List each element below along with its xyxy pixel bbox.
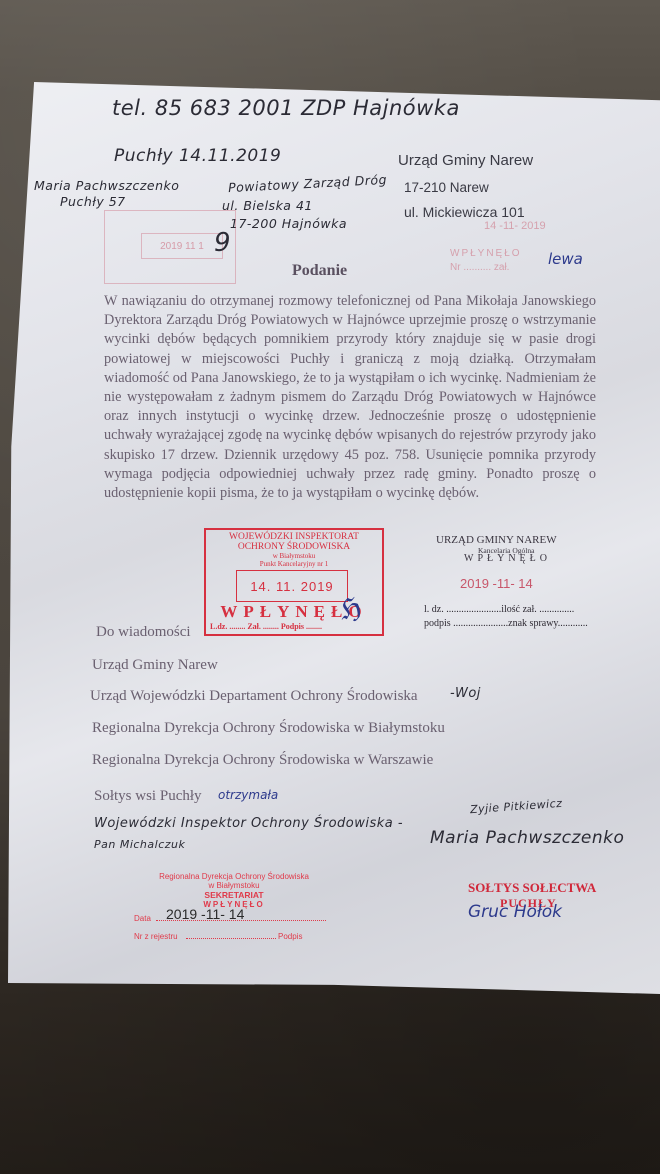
wios-stamp-line-1: WOJEWÓDZKI INSPEKTORAT bbox=[206, 532, 382, 542]
rdos-reg-line bbox=[186, 938, 276, 939]
rdos-reg-label: Nr z rejestru bbox=[134, 932, 178, 941]
ug-stamp-line-1: URZĄD GMINY NAREW bbox=[436, 534, 557, 546]
faded-stamp-date: 2019 11 1 bbox=[141, 233, 223, 259]
ug-stamp-line-3: WPŁYNĘŁO bbox=[464, 553, 551, 564]
cc-item-4: Regionalna Dyrekcja Ochrony Środowiska w… bbox=[92, 752, 433, 769]
addressee-signature: lewa bbox=[548, 250, 583, 268]
ug-stamp-row-2: podpis ......................znak sprawy… bbox=[424, 618, 588, 629]
cc-handwritten-soltys: otrzymała bbox=[218, 788, 278, 802]
soltys-signature: Gruc Hołok bbox=[468, 902, 562, 922]
handwritten-recipient-3: 17-200 Hajnówka bbox=[230, 216, 347, 231]
cc-item-2: Urząd Wojewódzki Departament Ochrony Śro… bbox=[90, 688, 418, 705]
document-body: W nawiązaniu do otrzymanej rozmowy telef… bbox=[104, 292, 596, 503]
addressee-stamp-date: 14 -11- 2019 bbox=[484, 220, 546, 232]
rdos-sign-label: Podpis bbox=[278, 932, 302, 941]
rdos-date-label: Data bbox=[134, 914, 151, 923]
addressee-line-1: Urząd Gminy Narew bbox=[398, 152, 533, 169]
addressee-stamp-nr: Nr .......... zał. bbox=[450, 262, 509, 273]
handwritten-sender-name: Maria Pachwszczenko bbox=[34, 178, 179, 193]
rdos-date-line bbox=[156, 920, 326, 921]
cc-heading: Do wiadomości bbox=[96, 624, 191, 641]
handwritten-place-date: Puchły 14.11.2019 bbox=[114, 146, 281, 166]
handwritten-sender-address: Puchły 57 bbox=[60, 194, 126, 209]
cc-item-3: Regionalna Dyrekcja Ochrony Środowiska w… bbox=[92, 720, 445, 737]
handwritten-phone-note: tel. 85 683 2001 ZDP Hajnówka bbox=[112, 96, 460, 120]
cc-handwritten-suffix: -Woj bbox=[450, 686, 481, 701]
rdos-stamp-line-2: w Białymstoku bbox=[134, 881, 334, 890]
cc-handwritten-extra-2: Pan Michalczuk bbox=[94, 838, 185, 851]
ug-stamp-date: 2019 -11- 14 bbox=[460, 576, 533, 591]
ug-stamp-row-1: l. dz. ......................ilość zał. … bbox=[424, 604, 574, 615]
addressee-line-2: 17-210 Narew bbox=[404, 180, 489, 195]
sender-signature: Maria Pachwszczenko bbox=[430, 828, 624, 848]
cc-item-1: Urząd Gminy Narew bbox=[92, 657, 218, 674]
document-title: Podanie bbox=[292, 262, 347, 280]
wios-stamp-line-4: Punkt Kancelaryjny nr 1 bbox=[206, 560, 382, 568]
wios-stamp-date: 14. 11. 2019 bbox=[236, 570, 348, 602]
rdos-received-stamp: Regionalna Dyrekcja Ochrony Środowiska w… bbox=[134, 872, 334, 952]
wios-stamp-line-3: w Białymstoku bbox=[206, 552, 382, 560]
addressee-line-3: ul. Mickiewicza 101 bbox=[404, 204, 525, 220]
cc-item-5: Sołtys wsi Puchły bbox=[94, 788, 202, 805]
wios-stamp-line-2: OCHRONY ŚRODOWISKA bbox=[206, 542, 382, 552]
wios-stamp-footer: L.dz. ........ Zał. ........ Podpis ....… bbox=[210, 622, 322, 631]
rdos-stamp-line-1: Regionalna Dyrekcja Ochrony Środowiska bbox=[134, 872, 334, 881]
handwritten-case-number: 9 bbox=[214, 228, 231, 258]
soltys-stamp-line-1: SOŁTYS SOŁECTWA bbox=[468, 880, 596, 896]
cc-handwritten-extra-1: Wojewódzki Inspektor Ochrony Środowiska … bbox=[94, 816, 403, 831]
addressee-stamp-label: WPŁYNĘŁO bbox=[450, 248, 522, 259]
rdos-stamp-line-3: SEKRETARIAT bbox=[134, 890, 334, 900]
